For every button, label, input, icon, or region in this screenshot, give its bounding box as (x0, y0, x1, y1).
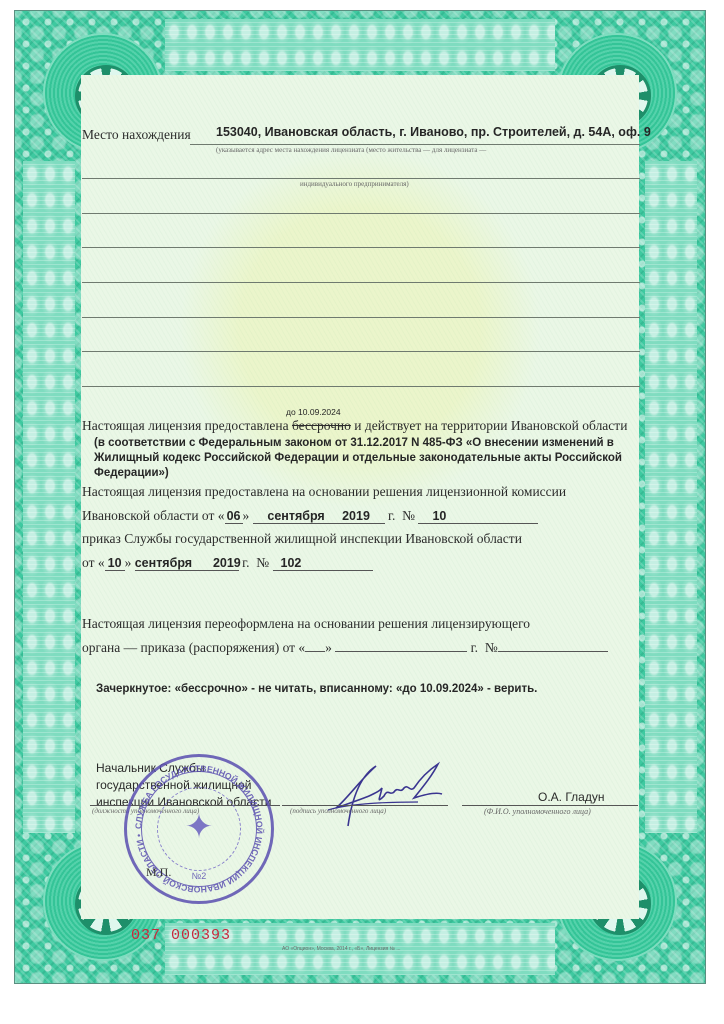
commission-year: 2019 (342, 509, 370, 523)
commission-month: сентября (267, 509, 324, 523)
location-underline (190, 144, 640, 145)
validity-basis-line: Федерации») (94, 466, 622, 481)
number-label: № (485, 640, 498, 655)
commission-day: 06 (225, 509, 243, 524)
location-row: Место нахождения 153040, Ивановская обла… (82, 127, 640, 143)
commission-line-1: Настоящая лицензия предоставлена на осно… (82, 484, 640, 500)
inserted-validity-date: до 10.09.2024 (286, 407, 341, 417)
printer-imprint: АО «Опцион», Москва, 2014 г., «Б», Лицен… (282, 946, 401, 952)
blank-line-7 (82, 386, 640, 387)
blank-line-2 (82, 213, 640, 214)
serial-number: 037 000393 (131, 927, 231, 944)
order-month-year: сентября 2019 (135, 556, 239, 571)
double-headed-eagle-icon: ✦ (185, 807, 214, 847)
document-content: Место нахождения 153040, Ивановская обла… (0, 0, 724, 1024)
validity-struck-word: бессрочно (292, 418, 351, 433)
number-label: № (256, 555, 269, 570)
location-caption-1: (указывается адрес места нахождения лице… (216, 146, 486, 154)
order-prefix: от (82, 555, 94, 570)
validity-row: Настоящая лицензия предоставлена бессроч… (82, 418, 640, 434)
year-suffix: г. (242, 555, 249, 570)
location-caption-2: индивидуального предпринимателя) (300, 180, 409, 188)
order-year: 2019 (213, 556, 241, 570)
open-quote: « (98, 555, 105, 570)
blank-line-5 (82, 317, 640, 318)
commission-line-2: Ивановской области от «06» сентября 2019… (82, 508, 640, 524)
location-value: 153040, Ивановская область, г. Иваново, … (216, 125, 651, 139)
location-label: Место нахождения (82, 127, 191, 142)
validity-prefix: Настоящая лицензия предоставлена (82, 418, 289, 433)
close-quote: » (325, 640, 332, 655)
commission-month-year: сентября 2019 (253, 509, 385, 524)
blank-line-1 (82, 178, 640, 179)
validity-basis-line: Жилищный кодекс Российской Федерации и о… (94, 451, 622, 466)
open-quote: « (218, 508, 225, 523)
commission-number: 10 (418, 509, 538, 524)
order-month: сентября (135, 556, 192, 570)
reissue-month-year (335, 651, 467, 652)
signature-icon (318, 758, 448, 830)
blank-line-6 (82, 351, 640, 352)
signature-underline (282, 805, 448, 806)
number-label: № (402, 508, 415, 523)
reissue-line-1: Настоящая лицензия переоформлена на осно… (82, 616, 640, 632)
order-line-2: от «10» сентября 2019 г. № 102 (82, 555, 640, 571)
signatory-name: О.А. Гладун (538, 789, 604, 806)
validity-suffix: и действует на территории Ивановской обл… (354, 418, 627, 433)
close-quote: » (125, 555, 132, 570)
signature-caption: (подпись уполномоченного лица) (290, 807, 386, 815)
close-quote: » (243, 508, 250, 523)
mp-label: М.П. (146, 865, 171, 880)
open-quote: « (298, 640, 305, 655)
blank-line-3 (82, 247, 640, 248)
order-line-1: приказ Службы государственной жилищной и… (82, 531, 640, 547)
correction-note: Зачеркнутое: «бессрочно» - не читать, вп… (96, 683, 537, 695)
validity-basis-line: (в соответствии с Федеральным законом от… (94, 436, 622, 451)
reissue-day (305, 651, 325, 652)
year-suffix: г. (388, 508, 395, 523)
order-number: 102 (273, 556, 373, 571)
official-seal: СЛУЖБА ГОСУДАРСТВЕННОЙ ЖИЛИЩНОЙ ИНСПЕКЦИ… (124, 754, 274, 904)
year-suffix: г. (471, 640, 478, 655)
reissue-prefix: органа — приказа (распоряжения) от (82, 640, 295, 655)
order-day: 10 (105, 556, 125, 571)
validity-basis: (в соответствии с Федеральным законом от… (94, 436, 622, 481)
reissue-number (498, 651, 608, 652)
name-underline (462, 805, 638, 806)
commission-prefix: Ивановской области от (82, 508, 214, 523)
name-caption: (Ф.И.О. уполномоченного лица) (484, 807, 591, 816)
reissue-line-2: органа — приказа (распоряжения) от «» г.… (82, 640, 640, 656)
blank-line-4 (82, 282, 640, 283)
